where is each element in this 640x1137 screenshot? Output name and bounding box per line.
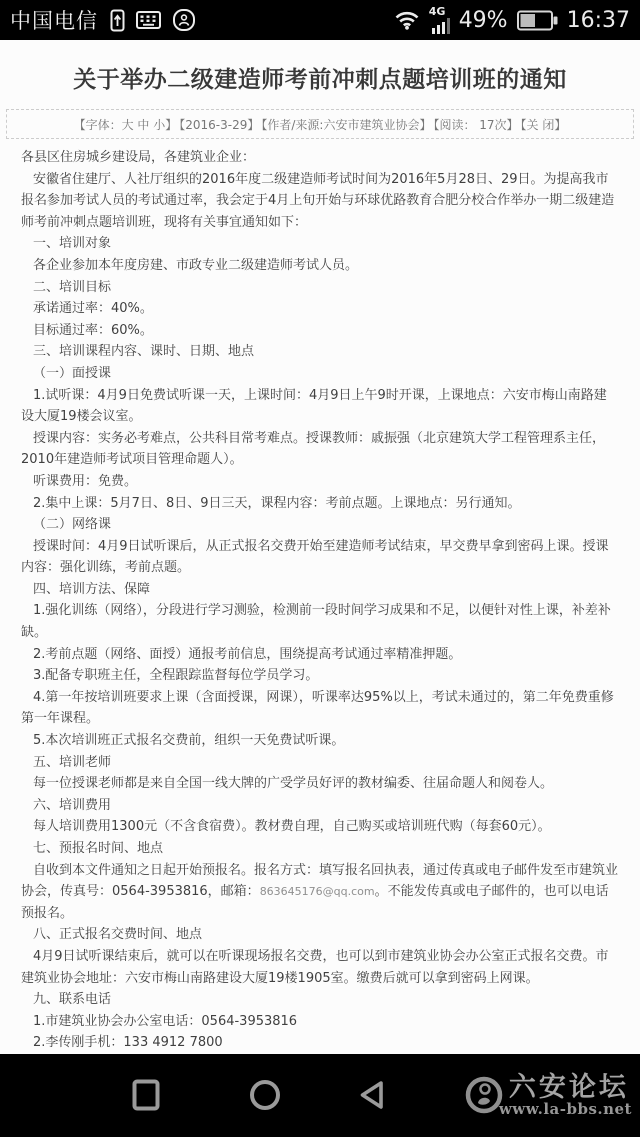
- paragraph-text: 2.集中上课：5月7日、8日、9日三天，课程内容：考前点题。上课地点：另行通知。: [33, 496, 521, 511]
- paragraph-text: 每一位授课老师都是来自全国一线大牌的广受学员好评的教材编委、往届命题人和阅卷人。: [33, 776, 553, 791]
- sim-upload-icon: [110, 9, 125, 32]
- read-count-label: 【阅读： 17次】: [433, 118, 518, 132]
- paragraph-text: 安徽省住建厅、人社厅组织的2016年度二级建造师考试时间为2016年5月28日、…: [21, 172, 614, 230]
- paragraph-text: 五、培训老师: [33, 755, 111, 770]
- paragraph: 自收到本文件通知之日起开始预报名。报名方式：填写报名回执表，通过传真或电子邮件发…: [21, 860, 619, 925]
- forum-logo-icon: [464, 1073, 504, 1117]
- home-button[interactable]: [249, 1079, 281, 1114]
- home-circle-icon: [249, 1079, 281, 1111]
- back-triangle-icon: [356, 1079, 386, 1111]
- paragraph: 4.第一年按培训班要求上课（含面授课，网课），听课率达95%以上，考试未通过的，…: [21, 687, 619, 730]
- signal-strength-icon: 4G: [429, 6, 450, 34]
- paragraph-text: （二）网络课: [33, 517, 111, 532]
- status-left-icons: [110, 8, 196, 32]
- paragraph: 六、培训费用: [21, 795, 619, 817]
- paragraph: 每一位授课老师都是来自全国一线大牌的广受学员好评的教材编委、往届命题人和阅卷人。: [21, 773, 619, 795]
- paragraph-text: （一）面授课: [33, 366, 111, 381]
- paragraph-text: 3.配备专职班主任，全程跟踪监督每位学员学习。: [33, 668, 318, 683]
- paragraph: 3.配备专职班主任，全程跟踪监督每位学员学习。: [21, 665, 619, 687]
- driving-app-icon: [172, 8, 196, 32]
- paragraph-text: 1.市建筑业协会办公室电话：0564-3953816: [33, 1014, 297, 1029]
- paragraph-text: 六、培训费用: [33, 798, 111, 813]
- paragraph-text: 九、联系电话: [33, 992, 111, 1007]
- paragraph-text: 目标通过率：60%。: [33, 323, 153, 338]
- watermark-url: www.la-bbs.net: [499, 1102, 632, 1117]
- paragraph: 2.考前点题（网络、面授）通报考前信息，围绕提高考试通过率精准押题。: [21, 644, 619, 666]
- paragraph: 1.试听课：4月9日免费试听课一天，上课时间：4月9日上午9时开课，上课地点：六…: [21, 385, 619, 428]
- paragraph: 听课费用：免费。: [21, 471, 619, 493]
- recents-button[interactable]: [132, 1079, 160, 1114]
- paragraph-text: 二、培训目标: [33, 280, 111, 295]
- paragraph: 各企业参加本年度房建、市政专业二级建造师考试人员。: [21, 255, 619, 277]
- date-label: 【2016-3-29】: [179, 118, 259, 132]
- back-button[interactable]: [356, 1079, 386, 1114]
- paragraph-text: 授课时间：4月9日试听课后，从正式报名交费开始至建造师考试结束，早交费早拿到密码…: [21, 539, 609, 576]
- page-title: 关于举办二级建造师考前冲刺点题培训班的通知: [20, 64, 620, 96]
- paragraph-text: 4.第一年按培训班要求上课（含面授课，网课），听课率达95%以上，考试未通过的，…: [21, 690, 614, 727]
- paragraph: 四、培训方法、保障: [21, 579, 619, 601]
- paragraph-text: 2.李传刚手机：133 4912 7800: [33, 1035, 223, 1050]
- status-bar: 中国电信: [0, 0, 640, 40]
- paragraph-text: 承诺通过率：40%。: [33, 301, 153, 316]
- paragraph-text: 5.本次培训班正式报名交费前，组织一天免费试听课。: [33, 733, 344, 748]
- watermark-title: 六安论坛: [509, 1074, 632, 1101]
- paragraph: 1.强化训练（网络），分段进行学习测验，检测前一段时间学习成果和不足，以便针对性…: [21, 600, 619, 643]
- clock-label: 16:37: [567, 8, 630, 33]
- paragraph: 五、培训老师: [21, 752, 619, 774]
- network-type-label: 4G: [429, 6, 446, 17]
- phone-screen: 中国电信: [0, 0, 640, 1137]
- author-source-label: 【作者/来源:六安市建筑业协会】: [261, 118, 431, 132]
- email-link[interactable]: 863645176@qq.com: [260, 885, 375, 898]
- paragraph-text: 授课内容：实务必考难点，公共科目常考难点。授课教师：戚振强（北京建筑大学工程管理…: [21, 431, 605, 468]
- paragraph-text: 每人培训费用1300元（不含食宿费）。教材费自理，自己购买或培训班代购（每套60…: [33, 819, 551, 834]
- paragraph: 1.市建筑业协会办公室电话：0564-3953816: [21, 1011, 619, 1033]
- paragraph: 各县区住房城乡建设局，各建筑业企业：: [21, 147, 619, 169]
- paragraph-text: 八、正式报名交费时间、地点: [33, 927, 202, 942]
- paragraph: 一、培训对象: [21, 233, 619, 255]
- forum-watermark: 六安论坛 www.la-bbs.net: [464, 1073, 632, 1117]
- paragraph: 5.本次培训班正式报名交费前，组织一天免费试听课。: [21, 730, 619, 752]
- android-nav-bar: 六安论坛 www.la-bbs.net: [0, 1054, 640, 1137]
- paragraph-text: 三、培训课程内容、课时、日期、地点: [33, 344, 254, 359]
- paragraph-text: 七、预报名时间、地点: [33, 841, 163, 856]
- paragraph-text: 1.强化训练（网络），分段进行学习测验，检测前一段时间学习成果和不足，以便针对性…: [21, 603, 611, 640]
- paragraph-text: 一、培训对象: [33, 236, 111, 251]
- paragraph-text: 1.试听课：4月9日免费试听课一天，上课时间：4月9日上午9时开课，上课地点：六…: [21, 388, 607, 425]
- paragraph: 二、培训目标: [21, 277, 619, 299]
- status-right-cluster: 4G 49% 16:37: [394, 6, 630, 34]
- paragraph: 4月9日试听课结束后，就可以在听课现场报名交费，也可以到市建筑业协会办公室正式报…: [21, 946, 619, 989]
- paragraph: 授课内容：实务必考难点，公共科目常考难点。授课教师：戚振强（北京建筑大学工程管理…: [21, 428, 619, 471]
- paragraph: 三、培训课程内容、课时、日期、地点: [21, 341, 619, 363]
- battery-percent-label: 49%: [459, 8, 508, 33]
- paragraph-text: 4月9日试听课结束后，就可以在听课现场报名交费，也可以到市建筑业协会办公室正式报…: [21, 949, 609, 986]
- keyboard-icon: [136, 11, 161, 29]
- paragraph-text: 各县区住房城乡建设局，各建筑业企业：: [21, 150, 255, 165]
- paragraph: 目标通过率：60%。: [21, 320, 619, 342]
- paragraph-text: 听课费用：免费。: [33, 474, 137, 489]
- recents-square-icon: [132, 1079, 160, 1111]
- paragraph-text: 各企业参加本年度房建、市政专业二级建造师考试人员。: [33, 258, 358, 273]
- paragraph: 每人培训费用1300元（不含食宿费）。教材费自理，自己购买或培训班代购（每套60…: [21, 816, 619, 838]
- paragraph: 2.李传刚手机：133 4912 7800: [21, 1032, 619, 1054]
- paragraph: 2.集中上课：5月7日、8日、9日三天，课程内容：考前点题。上课地点：另行通知。: [21, 493, 619, 515]
- paragraph: （二）网络课: [21, 514, 619, 536]
- paragraph: 七、预报名时间、地点: [21, 838, 619, 860]
- paragraph: 承诺通过率：40%。: [21, 298, 619, 320]
- close-button[interactable]: 【关 闭】: [521, 118, 567, 132]
- paragraph: 八、正式报名交费时间、地点: [21, 924, 619, 946]
- wifi-icon: [394, 10, 420, 30]
- paragraph: 九、联系电话: [21, 989, 619, 1011]
- paragraph: （一）面授课: [21, 363, 619, 385]
- article-meta-bar: 【字体：大 中 小】【2016-3-29】【作者/来源:六安市建筑业协会】【阅读…: [6, 109, 634, 139]
- article-body: 各县区住房城乡建设局，各建筑业企业：安徽省住建厅、人社厅组织的2016年度二级建…: [0, 139, 640, 1054]
- battery-icon: [517, 10, 558, 31]
- paragraph-text: 2.考前点题（网络、面授）通报考前信息，围绕提高考试通过率精准押题。: [33, 647, 461, 662]
- paragraph: 授课时间：4月9日试听课后，从正式报名交费开始至建造师考试结束，早交费早拿到密码…: [21, 536, 619, 579]
- article-page: 关于举办二级建造师考前冲刺点题培训班的通知 【字体：大 中 小】【2016-3-…: [0, 40, 640, 1054]
- paragraph-text: 四、培训方法、保障: [33, 582, 150, 597]
- carrier-label: 中国电信: [10, 5, 98, 35]
- font-size-control[interactable]: 【字体：大 中 小】: [74, 118, 178, 132]
- paragraph: 安徽省住建厅、人社厅组织的2016年度二级建造师考试时间为2016年5月28日、…: [21, 169, 619, 234]
